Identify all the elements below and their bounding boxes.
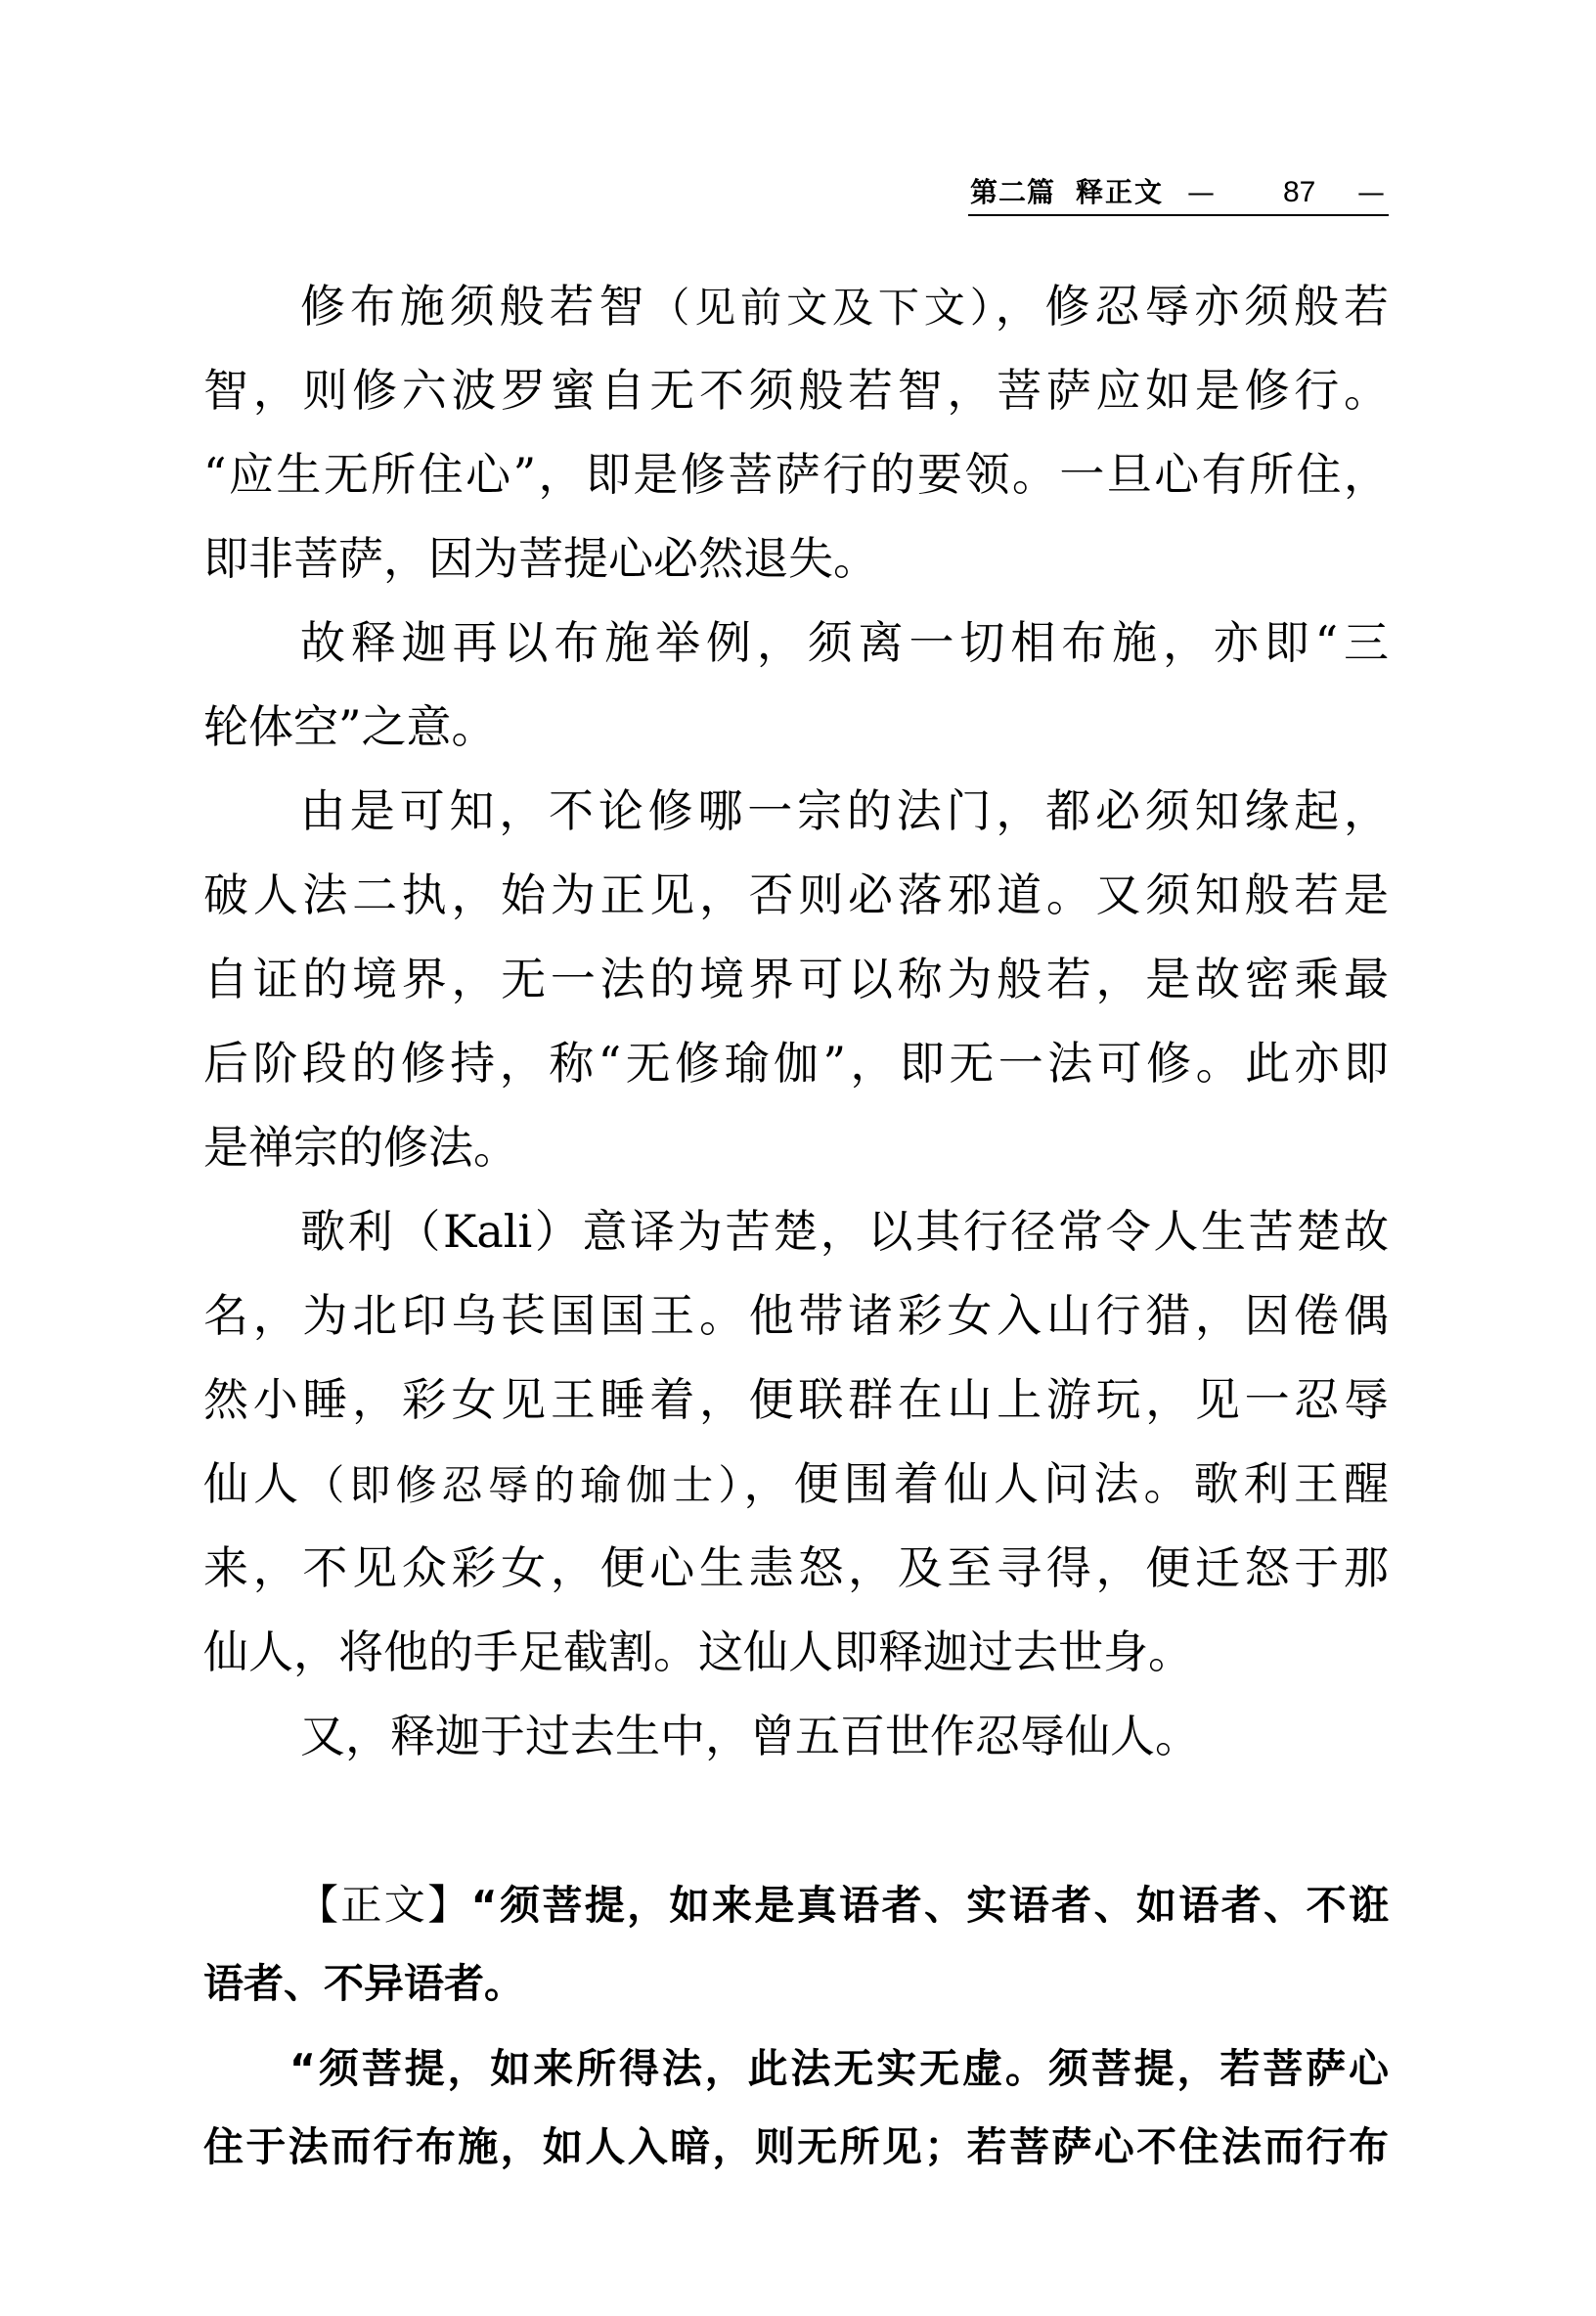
text-segment: 仙人 (203, 1457, 303, 1510)
text-segment: 修布施须般若智 (300, 280, 648, 333)
text-line: 智，则修六波罗蜜自无不须般若智，菩萨应如是修行。 (203, 348, 1389, 432)
header-dash-right: — (1357, 176, 1385, 209)
text-line: 后阶段的修持，称“无修瑜伽”，即无一法可修。此亦即 (203, 1021, 1389, 1105)
text-line: 又，释迦于过去生中，曾五百世作忍辱仙人。 (203, 1694, 1389, 1778)
text-line: 然小睡，彩女见王睡着，便联群在山上游玩，见一忍辱 (203, 1358, 1389, 1442)
text-line: 故释迦再以布施举例，须离一切相布施，亦即“三 (203, 601, 1389, 685)
text-line: “应生无所住心”，即是修菩萨行的要领。一旦心有所住， (203, 432, 1389, 516)
text-segment: ，修忍辱亦须般若 (996, 280, 1389, 333)
scripture-label: 【正文】 (297, 1881, 471, 1929)
paragraph: 由是可知，不论修哪一宗的法门，都必须知缘起， 破人法二执，始为正见，否则必落邪道… (203, 769, 1389, 1189)
text-line: 由是可知，不论修哪一宗的法门，都必须知缘起， (203, 769, 1389, 853)
text-line: 来，不见众彩女，便心生恚怒，及至寻得，便迁怒于那 (203, 1526, 1389, 1610)
text-line: 自证的境界，无一法的境界可以称为般若，是故密乘最 (203, 937, 1389, 1021)
running-header: 第二篇 释正文 — 87 — (968, 176, 1389, 209)
page-number: 87 (1283, 176, 1315, 209)
text-line: 语者、不异语者。 (203, 1944, 1389, 2023)
paragraph: 又，释迦于过去生中，曾五百世作忍辱仙人。 (203, 1694, 1389, 1778)
inline-note: （即修忍辱的瑜伽士） (303, 1461, 743, 1509)
text-line: 仙人，将他的手足截割。这仙人即释迦过去世身。 (203, 1610, 1389, 1694)
text-line: 即非菩萨，因为菩提心必然退失。 (203, 516, 1389, 601)
text-line: 住于法而行布施，如人入暗，则无所见；若菩萨心不住法而行布 (203, 2108, 1389, 2186)
text-line: 歌利（Kali）意译为苦楚，以其行径常令人生苦楚故 (203, 1189, 1389, 1273)
header-rule (968, 214, 1389, 216)
text-line: 轮体空”之意。 (203, 685, 1389, 769)
paragraph: 【正文】“须菩提，如来是真语者、实语者、如语者、不诳 语者、不异语者。 (203, 1866, 1389, 2023)
paragraph: “须菩提，如来所得法，此法无实无虚。须菩提，若菩萨心 住于法而行布施，如人入暗，… (203, 2029, 1389, 2186)
paragraph: 故释迦再以布施举例，须离一切相布施，亦即“三 轮体空”之意。 (203, 601, 1389, 769)
text-line: 仙人（即修忍辱的瑜伽士），便围着仙人问法。歌利王醒 (203, 1442, 1389, 1526)
text-line: 【正文】“须菩提，如来是真语者、实语者、如语者、不诳 (203, 1866, 1389, 1944)
text-line: “须菩提，如来所得法，此法无实无虚。须菩提，若菩萨心 (203, 2029, 1389, 2108)
paragraph: 歌利（Kali）意译为苦楚，以其行径常令人生苦楚故 名，为北印乌苌国国王。他带诸… (203, 1189, 1389, 1694)
text-line: 修布施须般若智（见前文及下文），修忍辱亦须般若 (203, 264, 1389, 348)
text-line: 名，为北印乌苌国国王。他带诸彩女入山行猎，因倦偶 (203, 1273, 1389, 1358)
header-chapter-title: 释正文 (1076, 176, 1164, 209)
header-dash-left: — (1187, 176, 1215, 209)
scripture-text: 【正文】“须菩提，如来是真语者、实语者、如语者、不诳 语者、不异语者。 “须菩提… (203, 1866, 1389, 2186)
text-segment: “须菩提，如来是真语者、实语者、如语者、不诳 (471, 1882, 1389, 1929)
text-line: 破人法二执，始为正见，否则必落邪道。又须知般若是 (203, 853, 1389, 937)
text-line: 是禅宗的修法。 (203, 1105, 1389, 1189)
commentary-text: 修布施须般若智（见前文及下文），修忍辱亦须般若 智，则修六波罗蜜自无不须般若智，… (203, 264, 1389, 1778)
header-section: 第二篇 (970, 176, 1055, 209)
inline-note: （见前文及下文） (648, 284, 995, 332)
text-segment: ，便围着仙人问法。歌利王醒 (744, 1457, 1390, 1510)
paragraph: 修布施须般若智（见前文及下文），修忍辱亦须般若 智，则修六波罗蜜自无不须般若智，… (203, 264, 1389, 601)
book-page: 第二篇 释正文 — 87 — 修布施须般若智（见前文及下文），修忍辱亦须般若 智… (0, 0, 1596, 2316)
